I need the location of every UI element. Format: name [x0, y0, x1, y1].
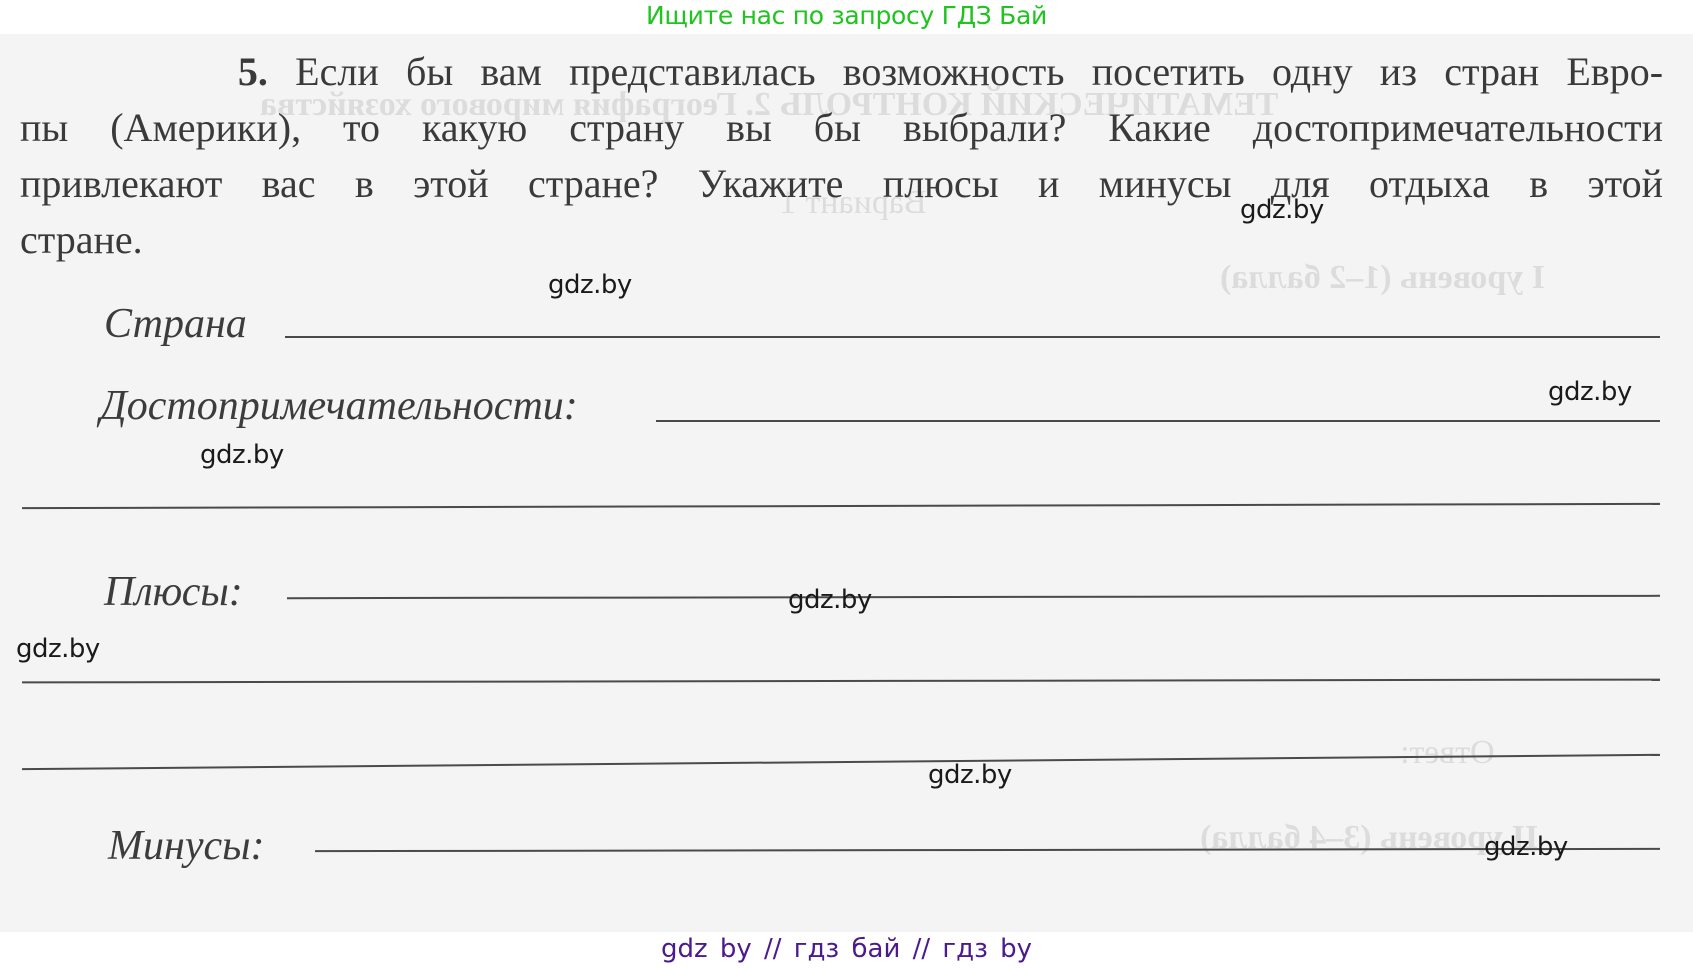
- bleed-through-answer: Ответ:: [1400, 734, 1495, 772]
- watermark: gdz.by: [1548, 377, 1632, 407]
- sights-answer-line-2[interactable]: [22, 503, 1660, 509]
- task-line-3: привлекают вас в этой стране? Укажите пл…: [20, 156, 1663, 212]
- country-answer-line[interactable]: [285, 336, 1660, 338]
- pros-answer-line-2[interactable]: [22, 679, 1660, 684]
- sights-answer-line-1[interactable]: [656, 420, 1660, 422]
- country-label: Страна: [104, 300, 247, 348]
- task-number: 5.: [238, 49, 268, 94]
- pros-label: Плюсы:: [104, 568, 243, 616]
- pros-answer-line-1[interactable]: [287, 595, 1660, 599]
- task-line-2: пы (Америки), то какую страну вы бы выбр…: [20, 100, 1663, 156]
- watermark: gdz.by: [548, 270, 632, 300]
- task-line-1: 5. Если бы вам представилась возможность…: [20, 44, 1663, 100]
- watermark: gdz.by: [928, 760, 1012, 790]
- watermark: gdz.by: [1240, 195, 1324, 225]
- bottom-banner: gdz by // гдз бай // гдз by: [0, 932, 1693, 968]
- sights-label: Достопримечательности:: [100, 382, 578, 430]
- cons-label: Минусы:: [108, 822, 265, 870]
- workbook-page: ТЕМАТИЧЕСКИЙ КОНТРОЛЬ 2. География миров…: [0, 34, 1693, 932]
- task-line-4: стране.: [20, 212, 1663, 268]
- watermark: gdz.by: [200, 440, 284, 470]
- task-5: 5. Если бы вам представилась возможность…: [20, 44, 1663, 268]
- watermark: gdz.by: [788, 585, 872, 615]
- watermark: gdz.by: [16, 634, 100, 664]
- watermark: gdz.by: [1484, 832, 1568, 862]
- top-banner: Ищите нас по запросу ГДЗ Бай: [0, 0, 1693, 34]
